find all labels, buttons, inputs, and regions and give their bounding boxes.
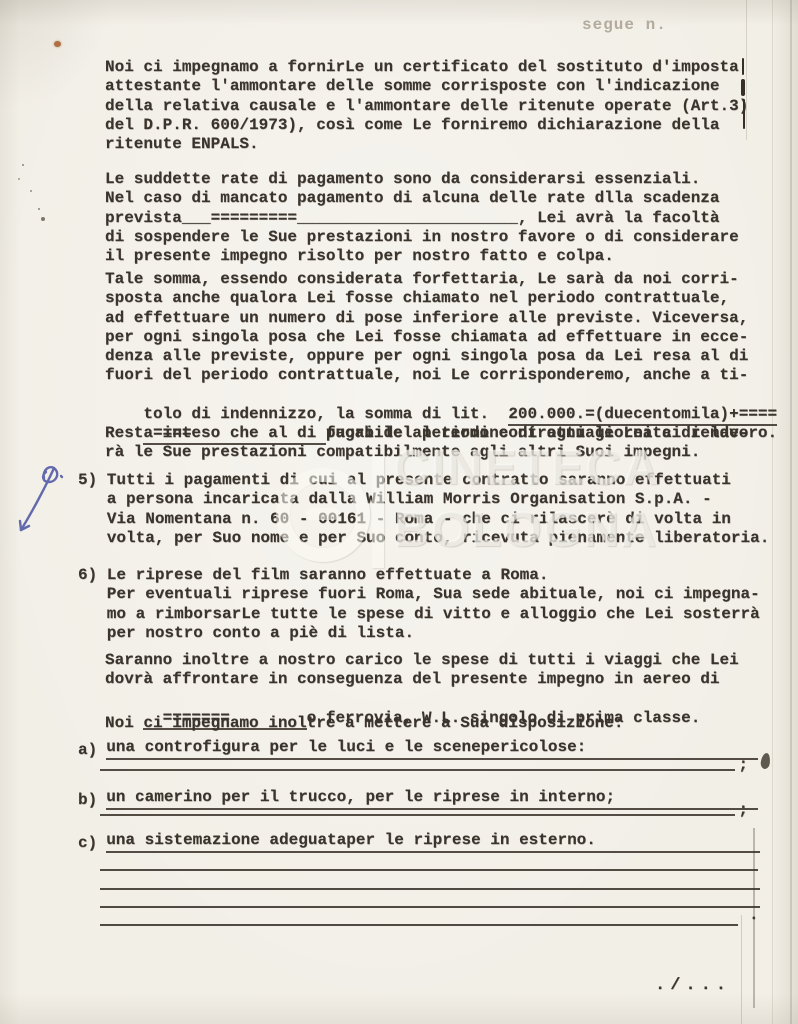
ruled-line-a2-rule [100, 769, 735, 771]
continuation-mark: ./... [655, 976, 731, 995]
fold-crease-bottom-2 [741, 915, 742, 1024]
blank-ruled-line-2 [100, 885, 760, 890]
fold-crease-right-outer [790, 0, 792, 1024]
rust-stain [54, 41, 61, 47]
clause-6-riprese: 6) Le riprese del film saranno effettuat… [78, 566, 760, 643]
margin-pen-dash-3 [743, 99, 745, 129]
paper-specks [22, 164, 24, 166]
list-item-c-text: una sistemazione adeguataper le riprese … [106, 831, 760, 853]
paragraph-somma-forfettaria: Tale somma, essendo considerata forfetta… [105, 270, 748, 386]
list-item-c-label: c) [78, 834, 106, 853]
list-item-b-suffix: ; [735, 801, 748, 820]
margin-pen-dash-2 [741, 79, 745, 96]
ruled-line-a2: ; [100, 751, 748, 771]
margin-pen-dash-1 [742, 58, 744, 75]
paragraph-rate-pagamento: Le suddette rate di pagamento sono da co… [105, 170, 739, 266]
paragraph-resta-inteso: Resta inteso che al di fuori del periodo… [105, 424, 748, 463]
ruled-line-b2: ; [100, 796, 748, 816]
list-item-a-suffix: ; [735, 756, 748, 775]
handwritten-initials [4, 456, 68, 551]
blank-ruled-line-1 [100, 866, 758, 871]
blank-ruled-line-4 [100, 921, 738, 926]
fold-crease-right-inner [772, 0, 773, 1024]
paragraph-spese-viaggi: Saranno inoltre a nostro carico le spese… [105, 651, 739, 690]
page-continuation-header: segue n. [582, 16, 667, 35]
blank-ruled-line-3 [100, 903, 760, 908]
trailing-period: . [749, 906, 759, 925]
list-item-c: c)una sistemazione adeguataper le ripres… [78, 831, 760, 853]
ink-blot-right-margin [760, 753, 771, 770]
scanned-document-page: segue n. Noi ci impegnamo a fornirLe un … [0, 0, 798, 1024]
clause-5-pagamenti: 5) Tutti i pagamenti di cui al presente … [78, 471, 769, 548]
paragraph-certificato: Noi ci impegnamo a fornirLe un certifica… [105, 58, 748, 154]
paragraph-disposizione-intro: Noi ci impegnamo inoltre a mettere a Sua… [105, 714, 623, 733]
ruled-line-b2-rule [100, 814, 735, 816]
